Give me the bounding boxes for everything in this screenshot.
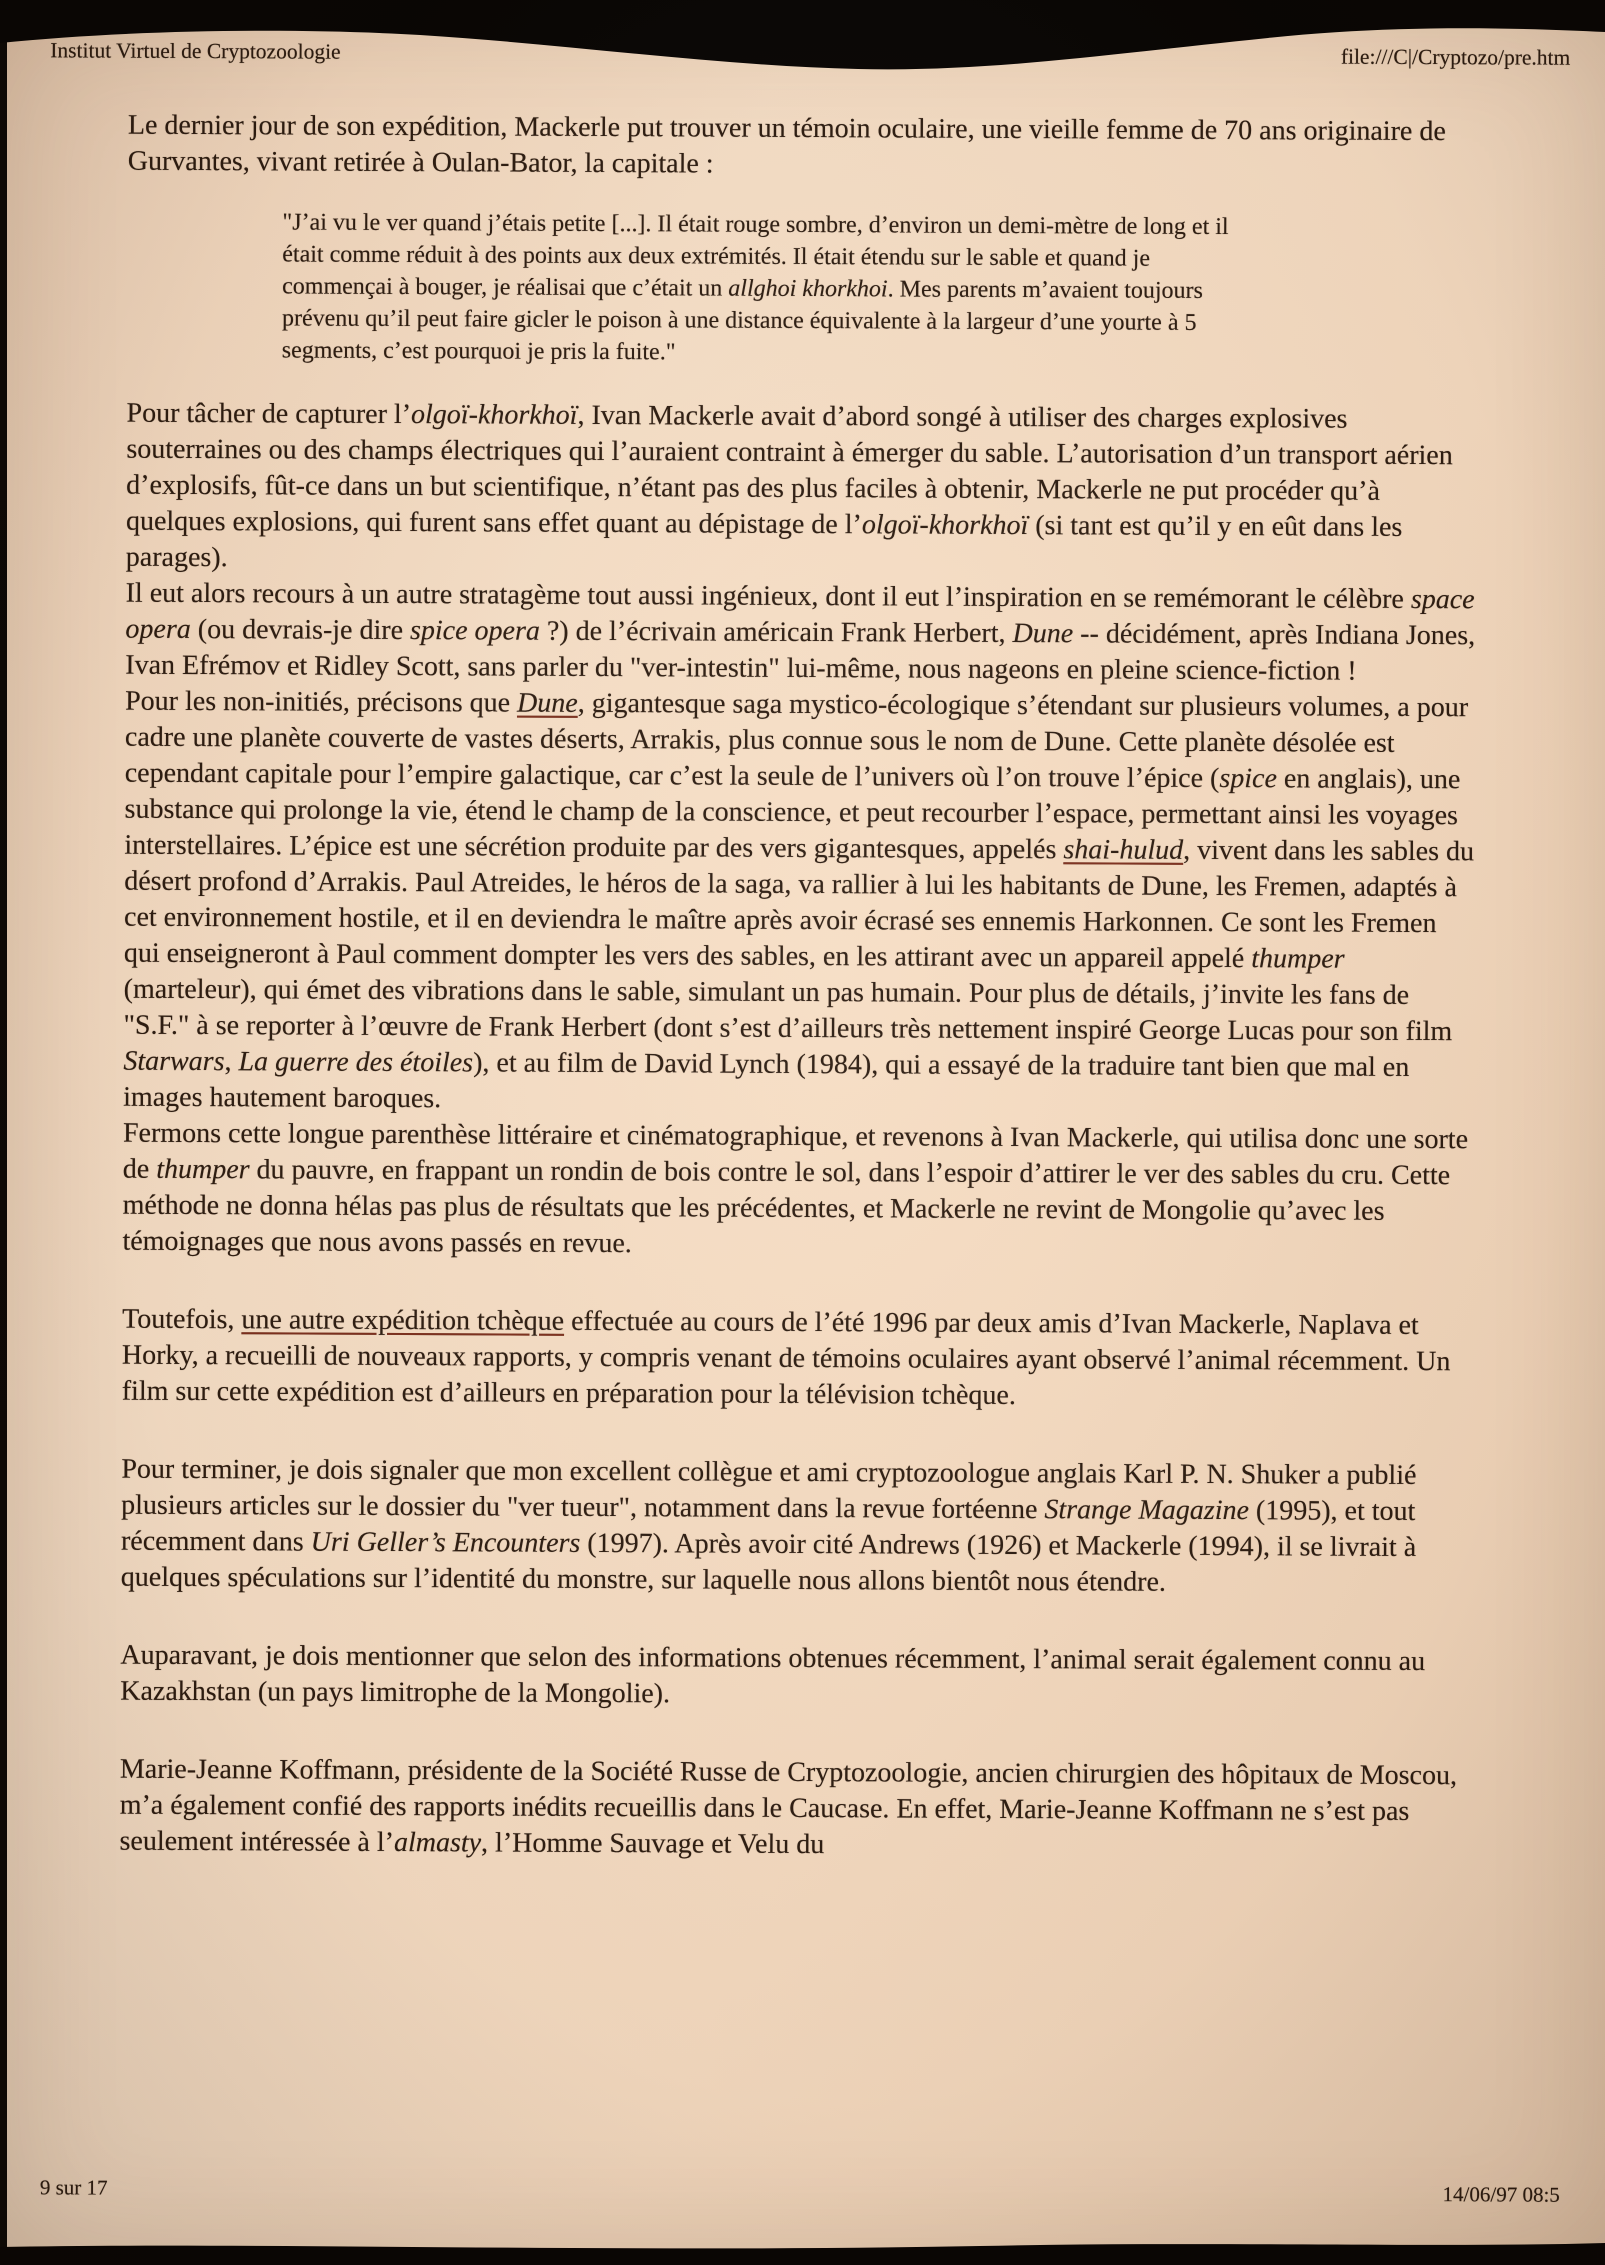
page-header: Institut Virtuel de Cryptozoologie file:… bbox=[50, 38, 1570, 70]
hyperlink-text: shai-hulud bbox=[1063, 834, 1183, 866]
header-site-title: Institut Virtuel de Cryptozoologie bbox=[50, 38, 340, 64]
text-run: Pour tâcher de capturer l’ bbox=[126, 398, 411, 430]
text-run: Pour les non-initiés, précisons que bbox=[125, 686, 517, 719]
document-body: Le dernier jour de son expédition, Macke… bbox=[118, 108, 1483, 2183]
text-run: Starwars bbox=[123, 1046, 224, 1077]
text-run: Le dernier jour de son expédition, Macke… bbox=[128, 110, 1446, 180]
text-run: , bbox=[224, 1046, 238, 1077]
text-run: ?) de l’écrivain américain Frank Herbert… bbox=[540, 616, 1013, 649]
text-run: spice opera bbox=[410, 615, 540, 647]
header-file-url: file:///C|/Cryptozo/pre.htm bbox=[1341, 45, 1571, 71]
text-run: Auparavant, je dois mentionner que selon… bbox=[120, 1640, 1425, 1710]
footer-datetime: 14/06/97 08:5 bbox=[1443, 2182, 1560, 2208]
footer-page-number: 9 sur 17 bbox=[40, 2175, 108, 2200]
page-tilt-wrapper: Institut Virtuel de Cryptozoologie file:… bbox=[2, 22, 1605, 2254]
text-run: Dune bbox=[1012, 618, 1073, 649]
paragraph-expedition-tcheque: Toutefois, une autre expédition tchèque … bbox=[122, 1302, 1478, 1417]
witness-quote: "J’ai vu le ver quand j’étais petite [..… bbox=[282, 206, 1255, 371]
text-run: olgoï-khorkhoï bbox=[411, 399, 578, 431]
paragraph-capture-attempts: Pour tâcher de capturer l’olgoï-khorkhoï… bbox=[126, 396, 1482, 583]
text-run: thumper bbox=[1251, 943, 1344, 974]
photo-background: Institut Virtuel de Cryptozoologie file:… bbox=[0, 0, 1605, 2265]
text-run: La guerre des étoiles bbox=[238, 1046, 473, 1078]
paragraph-shuker: Pour terminer, je dois signaler que mon … bbox=[121, 1452, 1477, 1603]
text-run: du pauvre, en frappant un rondin de bois… bbox=[122, 1154, 1450, 1259]
paragraph-kazakhstan: Auparavant, je dois mentionner que selon… bbox=[120, 1638, 1475, 1717]
text-run: olgoï-khorkhoï bbox=[862, 509, 1029, 541]
text-run: Toutefois, bbox=[122, 1304, 242, 1336]
text-run: , l’Homme Sauvage et Velu du bbox=[481, 1827, 824, 1860]
text-run: (ou devrais-je dire bbox=[191, 614, 410, 646]
text-run: spice bbox=[1219, 763, 1277, 794]
hyperlink-text: une autre expédition tchèque bbox=[241, 1304, 564, 1337]
paragraph-intro: Le dernier jour de son expédition, Macke… bbox=[128, 108, 1483, 187]
text-run: allghoi khorkhoi bbox=[728, 276, 887, 303]
text-run: Il eut alors recours à un autre stratagè… bbox=[126, 578, 1411, 615]
text-run: (marteleur), qui émet des vibrations dan… bbox=[123, 974, 1452, 1047]
paragraph-fermons-parenthese: Fermons cette longue parenthèse littérai… bbox=[122, 1116, 1478, 1267]
paragraph-koffmann: Marie-Jeanne Koffmann, présidente de la … bbox=[119, 1752, 1475, 1867]
paragraph-dune-explanation: Pour les non-initiés, précisons que Dune… bbox=[123, 684, 1480, 1123]
hyperlink-text: Dune bbox=[517, 688, 578, 719]
printed-page: Institut Virtuel de Cryptozoologie file:… bbox=[7, 26, 1605, 2250]
text-run: thumper bbox=[156, 1154, 249, 1185]
paragraph-stratageme: Il eut alors recours à un autre stratagè… bbox=[125, 576, 1481, 691]
text-run: almasty bbox=[394, 1827, 481, 1858]
text-run: Strange Magazine bbox=[1044, 1494, 1249, 1526]
text-run: Uri Geller’s Encounters bbox=[311, 1527, 581, 1559]
